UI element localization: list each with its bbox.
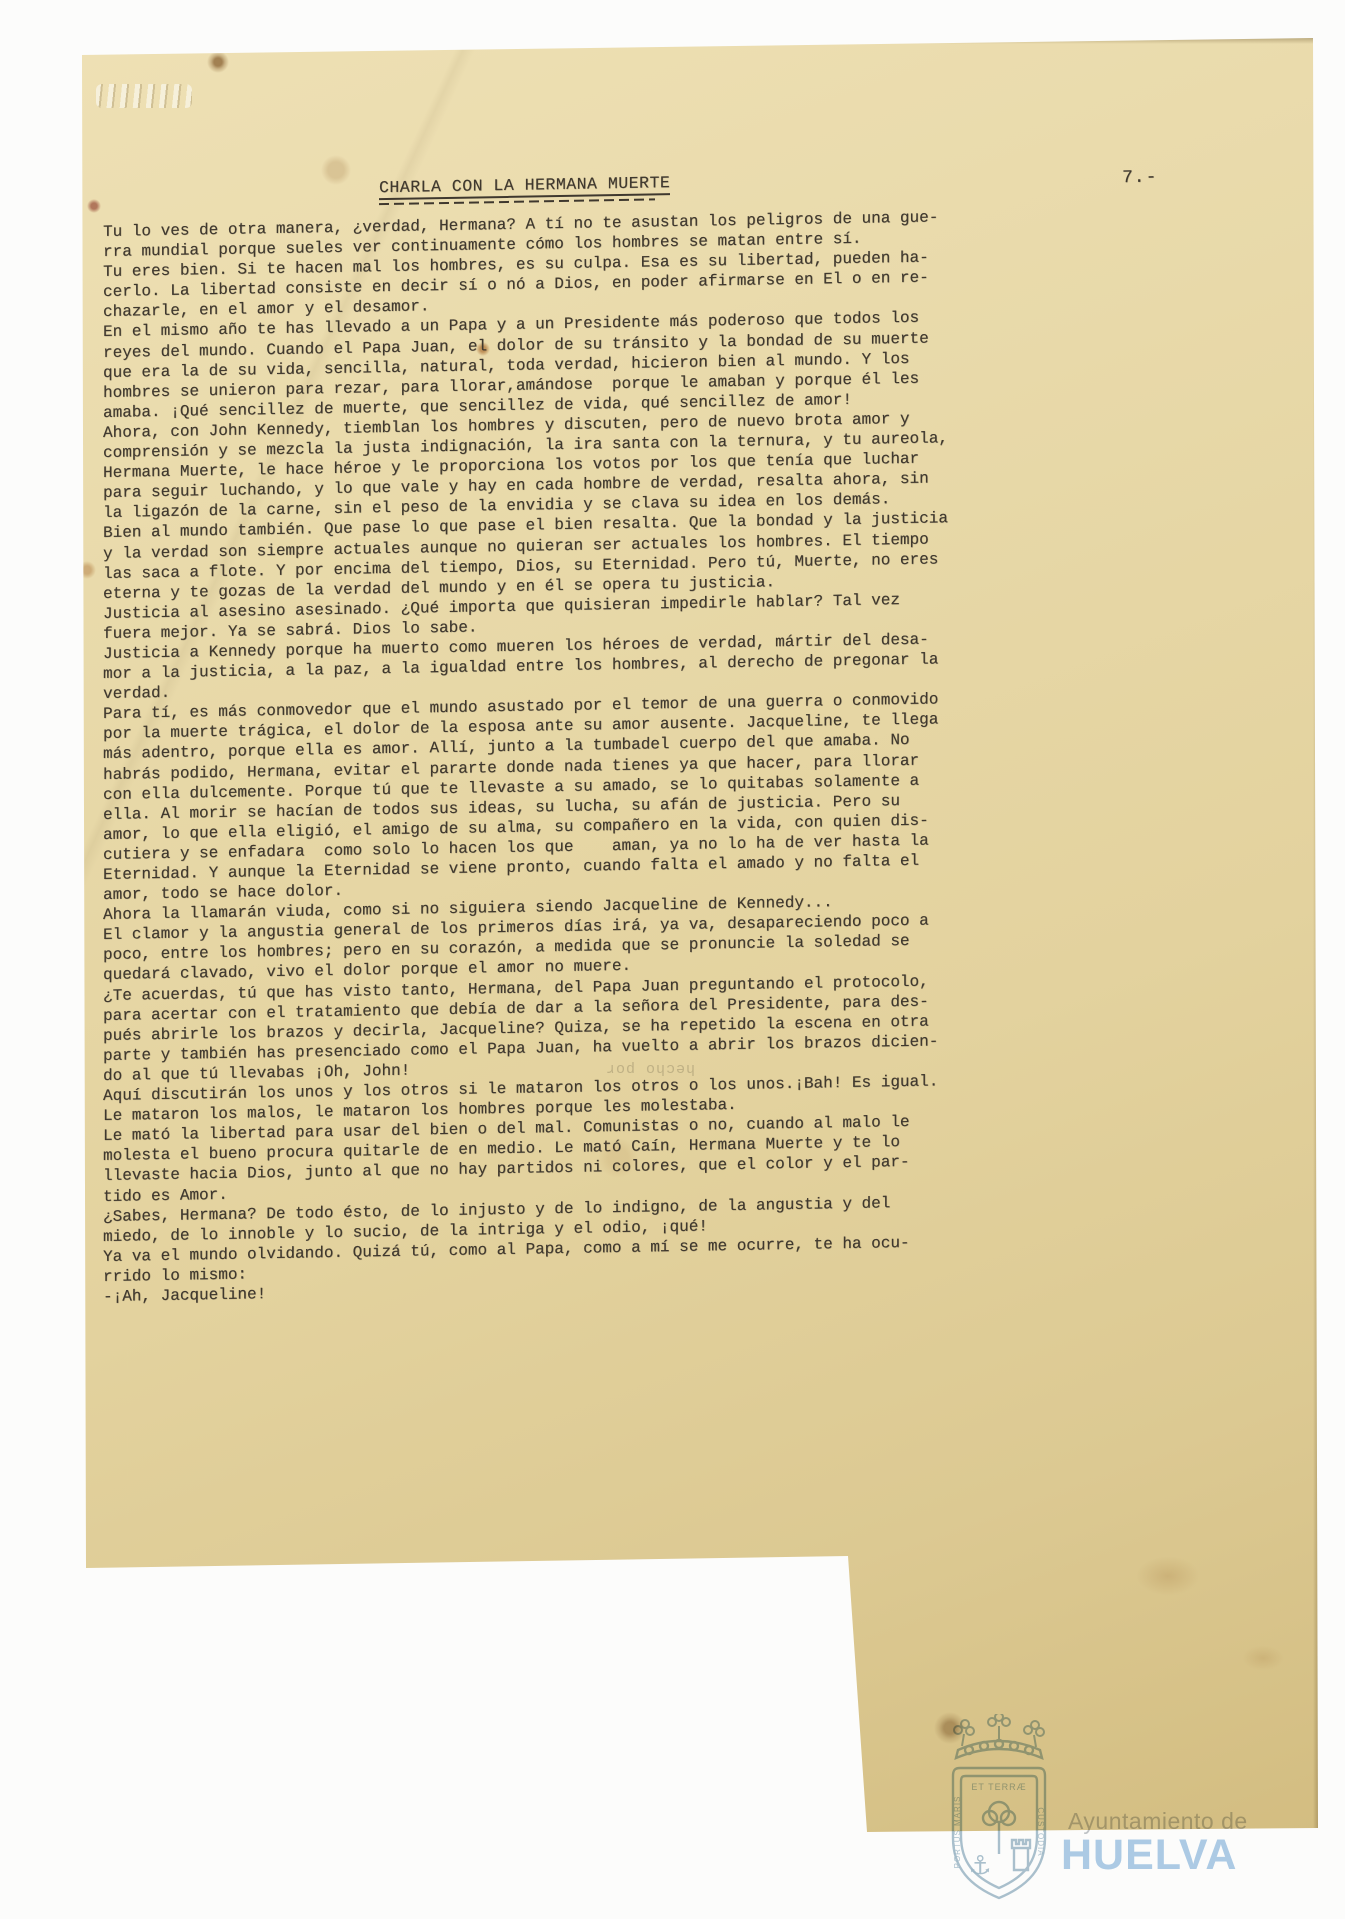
huelva-wordmark: HUELVA bbox=[1061, 1831, 1237, 1880]
page-number: 7.- bbox=[1122, 168, 1157, 189]
document-paper: 7.- CHARLA CON LA HERMANA MUERTE Tu lo v… bbox=[78, 38, 1318, 1835]
crest-left-text: PORTUS MARIS bbox=[953, 1796, 962, 1869]
bleed-through-text: hecho por bbox=[605, 1060, 695, 1077]
crest-top-text: ET TERRÆ bbox=[971, 1782, 1026, 1792]
typewritten-block: 7.- CHARLA CON LA HERMANA MUERTE Tu lo v… bbox=[103, 201, 1283, 222]
scan-background: 7.- CHARLA CON LA HERMANA MUERTE Tu lo v… bbox=[0, 0, 1345, 1919]
huelva-crest-icon: ET TERRÆ PORTUS MARIS CUSTODIA ⚓ bbox=[936, 1714, 1062, 1912]
typed-body: Tu lo ves de otra manera, ¿verdad, Herma… bbox=[103, 207, 948, 1307]
crest-anchor-icon: ⚓ bbox=[968, 1851, 991, 1881]
paper-scratch-marks bbox=[96, 84, 192, 108]
document-title: CHARLA CON LA HERMANA MUERTE bbox=[379, 173, 670, 200]
crest-right-text: CUSTODIA bbox=[1036, 1807, 1045, 1856]
